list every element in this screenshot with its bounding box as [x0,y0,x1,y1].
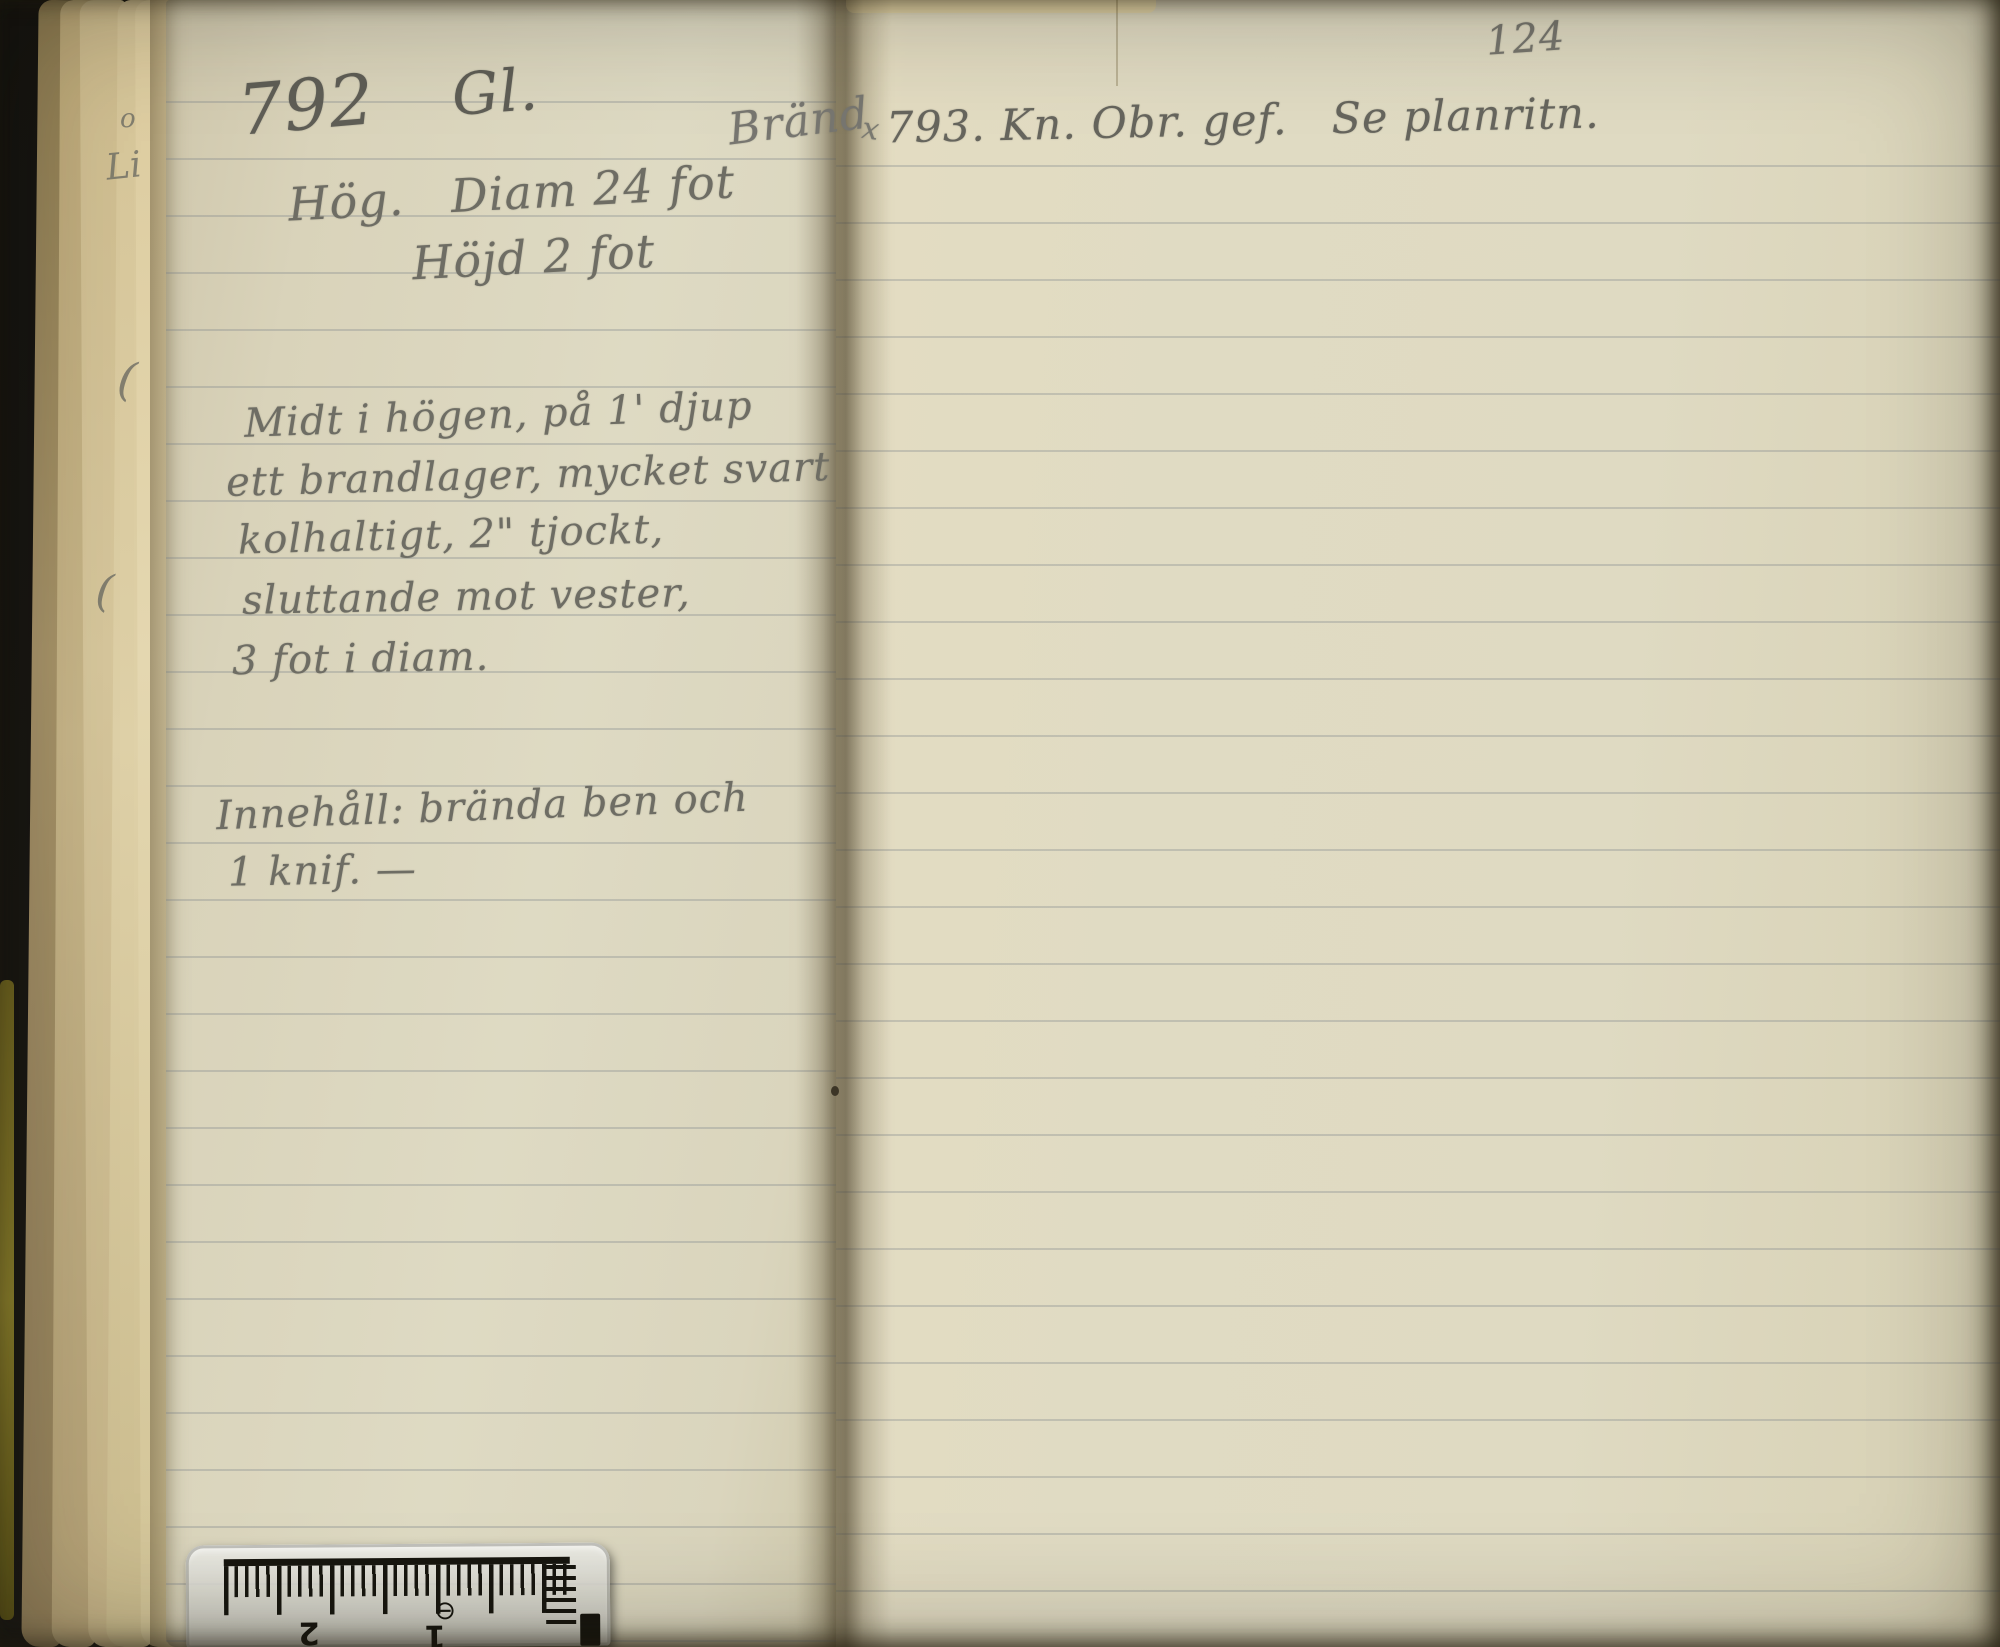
find-paragraph-line: sluttande mot vester, [242,570,691,624]
cover-edge [0,980,14,1620]
notebook-scan: o Li ( ( 792 Gl. Bränd Hög. Diam 24 fot … [0,0,2000,1647]
edge-stray-mark: o [120,104,136,134]
contents-paragraph-line: 1 knif. — [228,846,418,895]
entry-number-792: 792 [235,58,378,152]
page-crease [1116,0,1118,86]
ruler-major-ticks [224,1564,570,1615]
page-number: 124 [1484,13,1566,64]
right-page-ruled-lines [836,110,2000,1647]
underlying-page-edge [846,0,1156,13]
right-page [836,0,2000,1647]
ruler-foot [580,1614,600,1646]
ruler-scale [224,1557,570,1622]
binding-stitch-hole [831,1086,839,1096]
ruler-number: 2 [298,1615,320,1647]
ruler-end-ticks [546,1565,576,1631]
edge-stray-mark: Li [104,144,144,188]
entry-type-abbrev: Gl. [450,55,541,129]
left-page-ruled-lines [166,46,836,1647]
find-paragraph-line: 3 fot i diam. [232,634,490,684]
ruler-zero-symbol: ⊖ [434,1596,456,1626]
ruler: 2 1 ⊖ [186,1543,611,1647]
